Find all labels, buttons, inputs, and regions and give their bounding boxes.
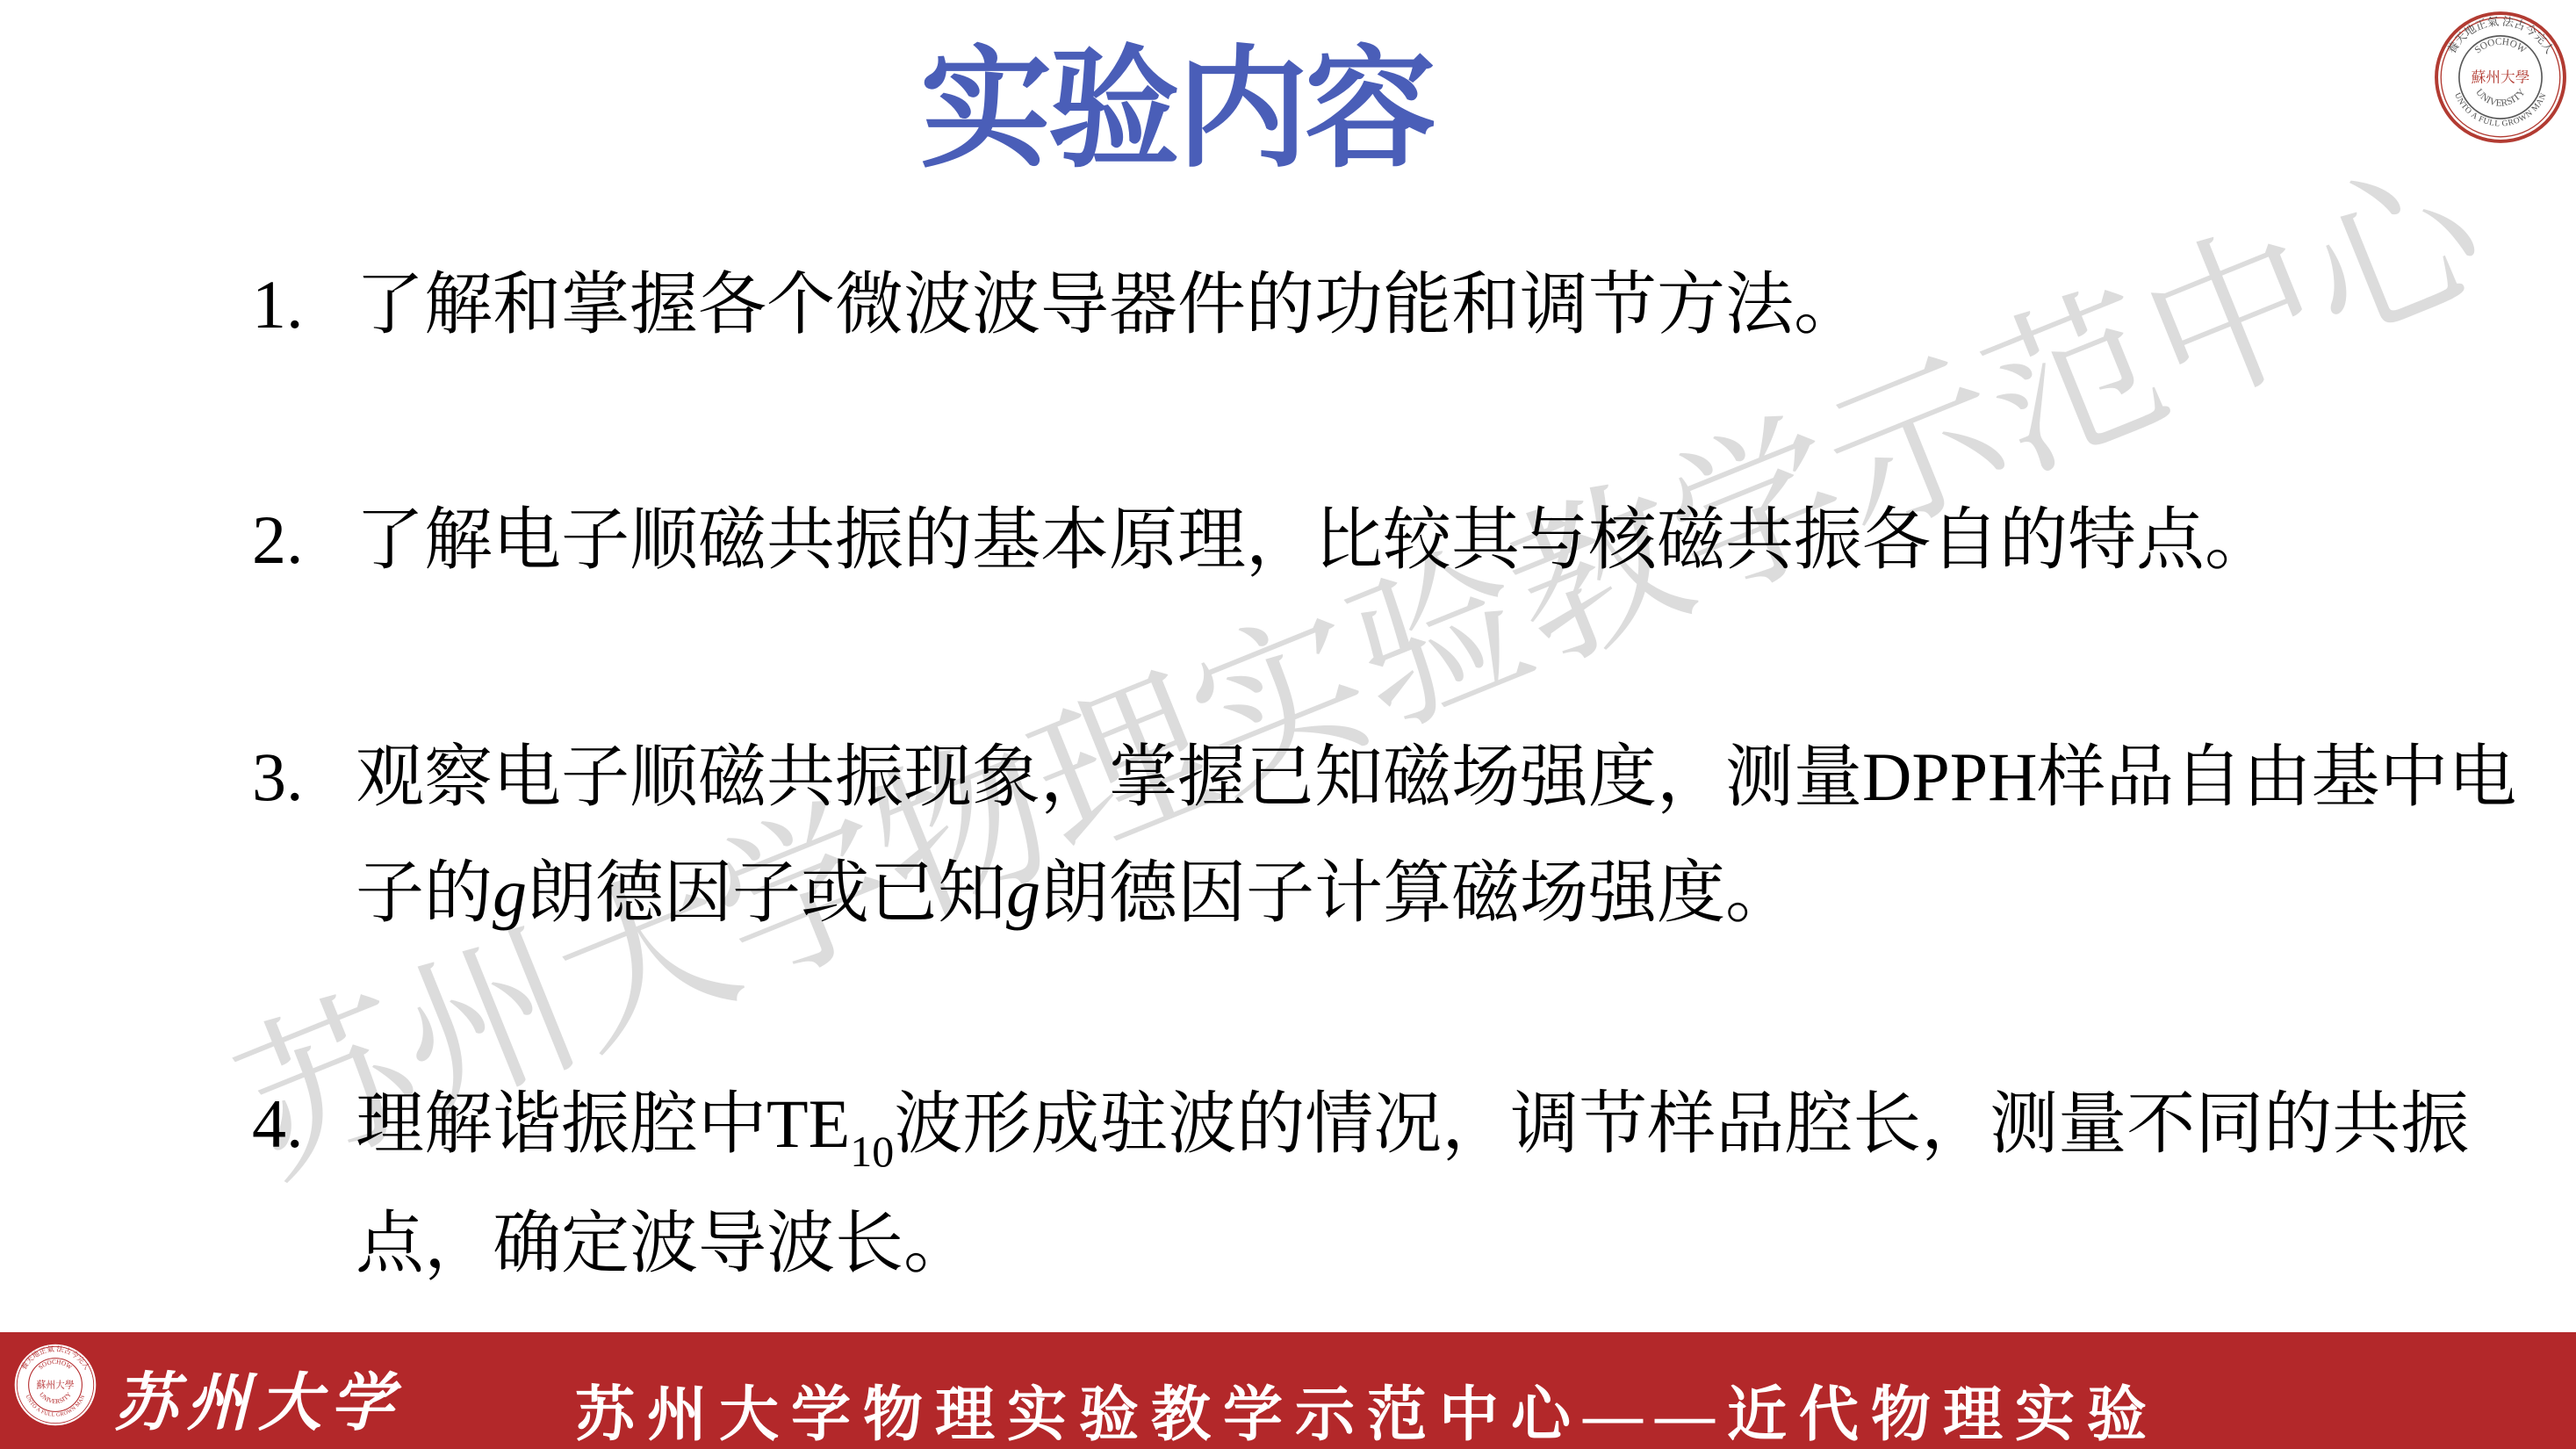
item-text-segment: 点，确定波导波长。 [356,1205,972,1281]
item-line: 观察电子顺磁共振现象，掌握已知磁场强度，测量DPPH样品自由基中电 [356,736,2516,818]
item-line: 了解电子顺磁共振的基本原理，比较其与核磁共振各自的特点。 [356,499,2273,581]
item-text-segment: 10 [850,1127,894,1176]
footer-seal-name-zh: 蘇州大學 [36,1379,74,1390]
seal-name-zh: 蘇州大學 [2472,68,2530,85]
item-text-segment: 波形成驻波的情况，调节样品腔长，测量不同的共振 [894,1085,2469,1162]
university-seal-icon: 養天地正氣 法古今完人 UNTO A FULL GROWN MAN SOOCHO… [2434,11,2567,144]
item-text-segment: 了解和掌握各个微波波导器件的功能和调节方法。 [356,266,1862,342]
item-number: 4. [252,1083,304,1165]
item-number: 3. [252,736,304,818]
item-text-segment: g [493,854,527,931]
item-text-segment: 观察电子顺磁共振现象，掌握已知磁场强度，测量DPPH样品自由基中电 [356,739,2516,815]
item-text-segment: 了解电子顺磁共振的基本原理，比较其与核磁共振各自的特点。 [356,501,2273,578]
item-text-segment: g [1006,854,1040,931]
footer-university-seal-icon: 養天地正氣 法古今完人 UNTO A FULL GROWN MAN SOOCHO… [12,1342,98,1428]
item-line: 了解和掌握各个微波波导器件的功能和调节方法。 [356,263,1862,346]
item-line: 理解谐振腔中TE10波形成驻波的情况，调节样品腔长，测量不同的共振 [356,1083,2469,1165]
page-title: 实验内容 [896,37,1457,182]
item-line: 子的g朗德因子或已知g朗德因子计算磁场强度。 [356,852,1794,934]
item-text-segment: 朗德因子计算磁场强度。 [1040,854,1794,931]
item-text-segment: 朗德因子或已知 [527,854,1006,931]
item-text-segment: 理解谐振腔中TE [356,1085,850,1162]
item-number: 1. [252,263,304,346]
item-number: 2. [252,499,304,581]
slide-canvas: 苏州大学物理实验教学示范中心 实验内容 1.了解和掌握各个微波波导器件的功能和调… [0,0,2576,1449]
footer-bar: 養天地正氣 法古今完人 UNTO A FULL GROWN MAN SOOCHO… [0,1332,2576,1449]
item-line: 点，确定波导波长。 [356,1202,972,1285]
item-text-segment: 子的 [356,854,493,931]
footer-caption: 苏州大学物理实验教学示范中心——近代物理实验 [575,1367,2159,1449]
footer-university-wordmark: 苏州大学 [114,1352,402,1443]
